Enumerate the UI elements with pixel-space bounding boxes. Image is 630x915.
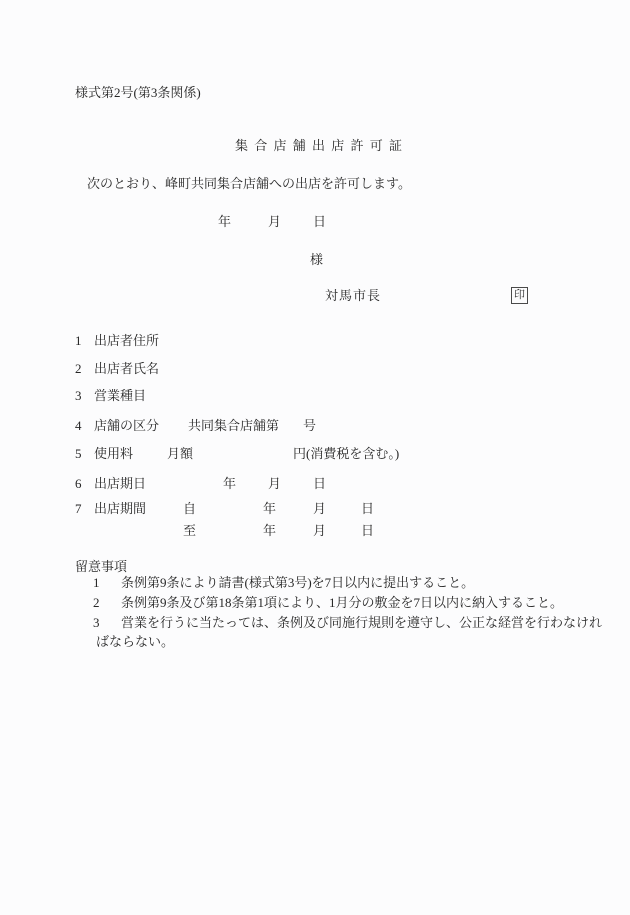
- item-7-from-day-label: 日: [361, 502, 374, 517]
- item-4-number: 4: [75, 419, 82, 434]
- intro-sentence: 次のとおり、峰町共同集合店舗への出店を許可します。: [87, 177, 411, 192]
- issue-date-month-label: 月: [268, 215, 281, 230]
- item-7-label: 出店期間: [94, 502, 146, 517]
- item-5-number: 5: [75, 447, 82, 462]
- issue-date-year-label: 年: [218, 215, 231, 230]
- addressee-honorific: 様: [310, 253, 323, 268]
- note-3-text-line1: 営業を行うに当たっては、条例及び同施行規則を遵守し、公正な経営を行わなけれ: [121, 616, 602, 631]
- note-2-text: 条例第9条及び第18条第1項により、1月分の敷金を7日以内に納入すること。: [121, 596, 563, 611]
- note-2-number: 2: [93, 596, 100, 611]
- notes-heading: 留意事項: [75, 560, 127, 575]
- item-5-value: 月額: [167, 447, 193, 462]
- item-3-label: 営業種目: [94, 389, 146, 404]
- note-3-number: 3: [93, 616, 100, 631]
- item-7-from-month-label: 月: [313, 502, 326, 517]
- item-6-month-label: 月: [268, 477, 281, 492]
- item-6-number: 6: [75, 477, 82, 492]
- item-4-label: 店舗の区分: [94, 419, 159, 434]
- item-6-year-label: 年: [223, 477, 236, 492]
- item-6-day-label: 日: [313, 477, 326, 492]
- issue-date-day-label: 日: [313, 215, 326, 230]
- item-7-to-month-label: 月: [313, 524, 326, 539]
- document-title: 集 合 店 舗 出 店 許 可 証: [235, 139, 404, 154]
- item-5-label: 使用料: [94, 447, 133, 462]
- note-1-number: 1: [93, 576, 100, 591]
- item-5-unit: 円(消費税を含む。): [293, 447, 399, 462]
- item-7-to-day-label: 日: [361, 524, 374, 539]
- item-7-number: 7: [75, 502, 82, 517]
- item-4-value: 共同集合店舗第: [188, 419, 279, 434]
- note-1-text: 条例第9条により請書(様式第3号)を7日以内に提出すること。: [121, 576, 474, 591]
- permit-document-page: 様式第2号(第3条関係) 集 合 店 舗 出 店 許 可 証 次のとおり、峰町共…: [0, 0, 630, 915]
- item-4-unit: 号: [303, 419, 316, 434]
- form-number: 様式第2号(第3条関係): [75, 86, 201, 101]
- item-7-from-prefix: 自: [183, 502, 196, 517]
- note-3-text-line2: ばならない。: [96, 635, 174, 650]
- item-3-number: 3: [75, 389, 82, 404]
- issuer-name: 対馬市長: [325, 289, 381, 304]
- item-7-to-prefix: 至: [183, 524, 196, 539]
- item-6-label: 出店期日: [94, 477, 146, 492]
- item-2-number: 2: [75, 362, 82, 377]
- item-1-label: 出店者住所: [94, 334, 159, 349]
- seal-stamp-icon: 印: [511, 287, 528, 304]
- item-7-to-year-label: 年: [263, 524, 276, 539]
- item-7-from-year-label: 年: [263, 502, 276, 517]
- item-2-label: 出店者氏名: [94, 362, 159, 377]
- item-1-number: 1: [75, 334, 82, 349]
